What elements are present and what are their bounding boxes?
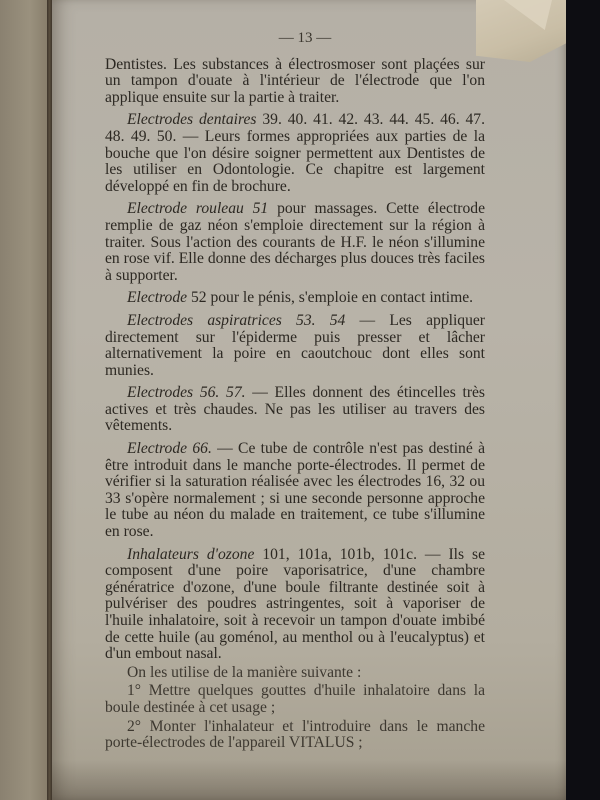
paragraph: Electrode rouleau 51 pour massages. Cett… xyxy=(105,201,485,284)
paragraph-lead: Electrodes dentaires xyxy=(127,111,256,128)
paragraph-lead: Electrode xyxy=(127,289,187,306)
paragraph: Electrode 52 pour le pénis, s'emploie en… xyxy=(105,290,485,307)
paragraph-lead: Electrode 66. xyxy=(127,440,212,457)
paragraph-body: 2° Monter l'inhalateur et l'introduire d… xyxy=(105,718,485,752)
page-number: — 13 — xyxy=(125,30,485,47)
page-text: — 13 — Dentistes. Les substances à élect… xyxy=(105,30,485,754)
paragraph: On les utilise de la manière suivante : xyxy=(105,665,485,682)
paragraph: Electrode 66. — Ce tube de contrôle n'es… xyxy=(105,441,485,541)
paragraph: Electrodes aspiratrices 53. 54 — Les app… xyxy=(105,313,485,379)
paragraph-body: Dentistes. Les substances à électrosmose… xyxy=(105,56,485,106)
paragraph-lead: Electrode rouleau 51 xyxy=(127,200,268,217)
paragraph-lead: Inhalateurs d'ozone xyxy=(127,546,254,563)
paragraph: Electrodes 56. 57. — Elles donnent des é… xyxy=(105,385,485,435)
paragraph-body: 1° Mettre quelques gouttes d'huile inhal… xyxy=(105,682,485,716)
paragraph: Electrodes dentaires 39. 40. 41. 42. 43.… xyxy=(105,112,485,195)
facing-page-edge xyxy=(0,0,50,800)
paragraph: Dentistes. Les substances à électrosmose… xyxy=(105,57,485,107)
list-item: 1° Mettre quelques gouttes d'huile inhal… xyxy=(105,683,485,716)
paragraph-body: 52 pour le pénis, s'emploie en contact i… xyxy=(187,289,473,306)
list-item: 2° Monter l'inhalateur et l'introduire d… xyxy=(105,719,485,752)
paragraph: Inhalateurs d'ozone 101, 101a, 101b, 101… xyxy=(105,547,485,663)
paragraph-lead: Electrodes aspiratrices 53. 54 xyxy=(127,312,345,329)
paragraph-body: On les utilise de la manière suivante : xyxy=(127,664,361,681)
paragraph-body: 101, 101a, 101b, 101c. — Ils se composen… xyxy=(105,546,485,663)
paragraph-lead: Electrodes 56. 57. xyxy=(127,384,246,401)
